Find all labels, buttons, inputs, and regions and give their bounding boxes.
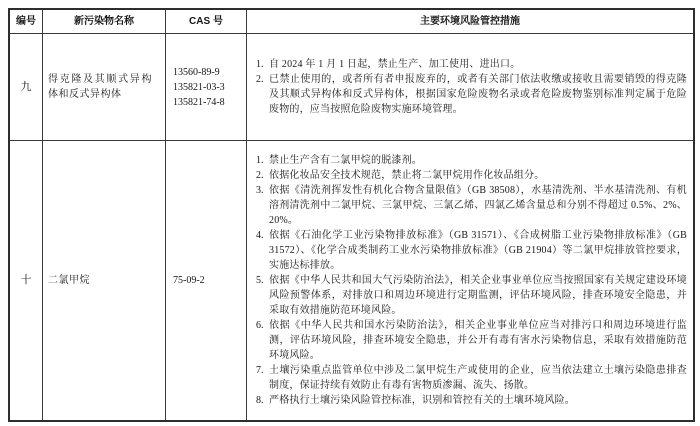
cas-cell: 75-09-2: [166, 141, 247, 420]
measure-item: 6.依据《中华人民共和国水污染防治法》，相关企业事业单位应当对排污口和周边环境进…: [256, 318, 687, 363]
measure-item: 2.依据化妆品安全技术规范，禁止将二氯甲烷用作化妆品组分。: [256, 168, 687, 183]
table-row: 九 得克隆及其顺式异构体和反式异构体 13560-89-9135821-03-3…: [10, 34, 693, 141]
measure-text: 自 2024 年 1 月 1 日起，禁止生产、加工使用、进出口。: [269, 57, 687, 72]
measure-item: 1.禁止生产含有二氯甲烷的脱漆剂。: [256, 153, 687, 168]
measure-text: 依据《清洗剂挥发性有机化合物含量限值》（GB 38508），水基清洗剂、半水基清…: [269, 183, 687, 228]
header-label-number: 编号: [16, 14, 36, 29]
measure-text: 依据化妆品安全技术规范，禁止将二氯甲烷用作化妆品组分。: [269, 168, 687, 183]
measure-item: 2.已禁止使用的，或者所有者申报废弃的，或者有关部门依法收缴或接收且需要销毁的得…: [256, 72, 687, 117]
measures-cell: 1.禁止生产含有二氯甲烷的脱漆剂。2.依据化妆品安全技术规范，禁止将二氯甲烷用作…: [247, 141, 693, 420]
measure-item: 3.依据《清洗剂挥发性有机化合物含量限值》（GB 38508），水基清洗剂、半水…: [256, 183, 687, 228]
measure-item: 4.依据《石油化学工业污染物排放标准》（GB 31571）、《合成树脂工业污染物…: [256, 228, 687, 273]
header-cell-cas: CAS 号: [166, 10, 247, 33]
pollutant-name-cell: 二氯甲烷: [43, 141, 166, 420]
header-label-name: 新污染物名称: [74, 14, 134, 29]
measure-item: 1.自 2024 年 1 月 1 日起，禁止生产、加工使用、进出口。: [256, 57, 687, 72]
measure-text: 禁止生产含有二氯甲烷的脱漆剂。: [269, 153, 687, 168]
header-cell-number: 编号: [10, 10, 43, 33]
cas-cell: 13560-89-9135821-03-3135821-74-8: [166, 34, 247, 140]
measure-text: 依据《中华人民共和国大气污染防治法》，相关企业事业单位应当按照国家有关规定建设环…: [269, 273, 687, 318]
table-row: 十 二氯甲烷 75-09-2 1.禁止生产含有二氯甲烷的脱漆剂。2.依据化妆品安…: [10, 141, 693, 420]
measure-number: 4.: [256, 228, 269, 243]
row-number-cell: 十: [10, 141, 43, 420]
measure-number: 2.: [256, 72, 269, 87]
header-label-cas: CAS 号: [189, 14, 223, 29]
measures-cell: 1.自 2024 年 1 月 1 日起，禁止生产、加工使用、进出口。2.已禁止使…: [247, 34, 693, 140]
cas-number: 75-09-2: [173, 273, 246, 288]
pollutant-name: 二氯甲烷: [48, 273, 152, 288]
measure-item: 5.依据《中华人民共和国大气污染防治法》，相关企业事业单位应当按照国家有关规定建…: [256, 273, 687, 318]
row-number-cell: 九: [10, 34, 43, 140]
measure-text: 土壤污染重点监管单位中涉及二氯甲烷生产或使用的企业，应当依法建立土壤污染隐患排查…: [269, 363, 687, 393]
pollutant-name: 得克隆及其顺式异构体和反式异构体: [48, 72, 152, 102]
measure-number: 2.: [256, 168, 269, 183]
measure-number: 6.: [256, 318, 269, 333]
header-cell-measures: 主要环境风险管控措施: [247, 10, 693, 33]
header-cell-name: 新污染物名称: [43, 10, 166, 33]
measure-item: 8.严格执行土壤污染风险管控标准，识别和管控有关的土壤环境风险。: [256, 393, 687, 408]
pollutant-name-cell: 得克隆及其顺式异构体和反式异构体: [43, 34, 166, 140]
cas-number: 135821-03-3: [173, 80, 246, 95]
table-header-row: 编号 新污染物名称 CAS 号 主要环境风险管控措施: [10, 10, 693, 34]
measure-number: 3.: [256, 183, 269, 198]
pollutant-control-table: 编号 新污染物名称 CAS 号 主要环境风险管控措施 九 得克隆及其顺式异构体和…: [8, 8, 695, 422]
header-label-measures: 主要环境风险管控措施: [420, 14, 520, 29]
measure-item: 7.土壤污染重点监管单位中涉及二氯甲烷生产或使用的企业，应当依法建立土壤污染隐患…: [256, 363, 687, 393]
measure-number: 7.: [256, 363, 269, 378]
measure-number: 8.: [256, 393, 269, 408]
measure-text: 依据《中华人民共和国水污染防治法》，相关企业事业单位应当对排污口和周边环境进行监…: [269, 318, 687, 363]
measure-text: 严格执行土壤污染风险管控标准，识别和管控有关的土壤环境风险。: [269, 393, 687, 408]
cas-number: 135821-74-8: [173, 95, 246, 110]
measure-number: 1.: [256, 153, 269, 168]
cas-number: 13560-89-9: [173, 65, 246, 80]
measure-text: 已禁止使用的，或者所有者申报废弃的，或者有关部门依法收缴或接收且需要销毁的得克隆…: [269, 72, 687, 117]
measure-number: 1.: [256, 57, 269, 72]
measure-number: 5.: [256, 273, 269, 288]
table-body: 九 得克隆及其顺式异构体和反式异构体 13560-89-9135821-03-3…: [10, 34, 693, 420]
measure-text: 依据《石油化学工业污染物排放标准》（GB 31571）、《合成树脂工业污染物排放…: [269, 228, 687, 273]
